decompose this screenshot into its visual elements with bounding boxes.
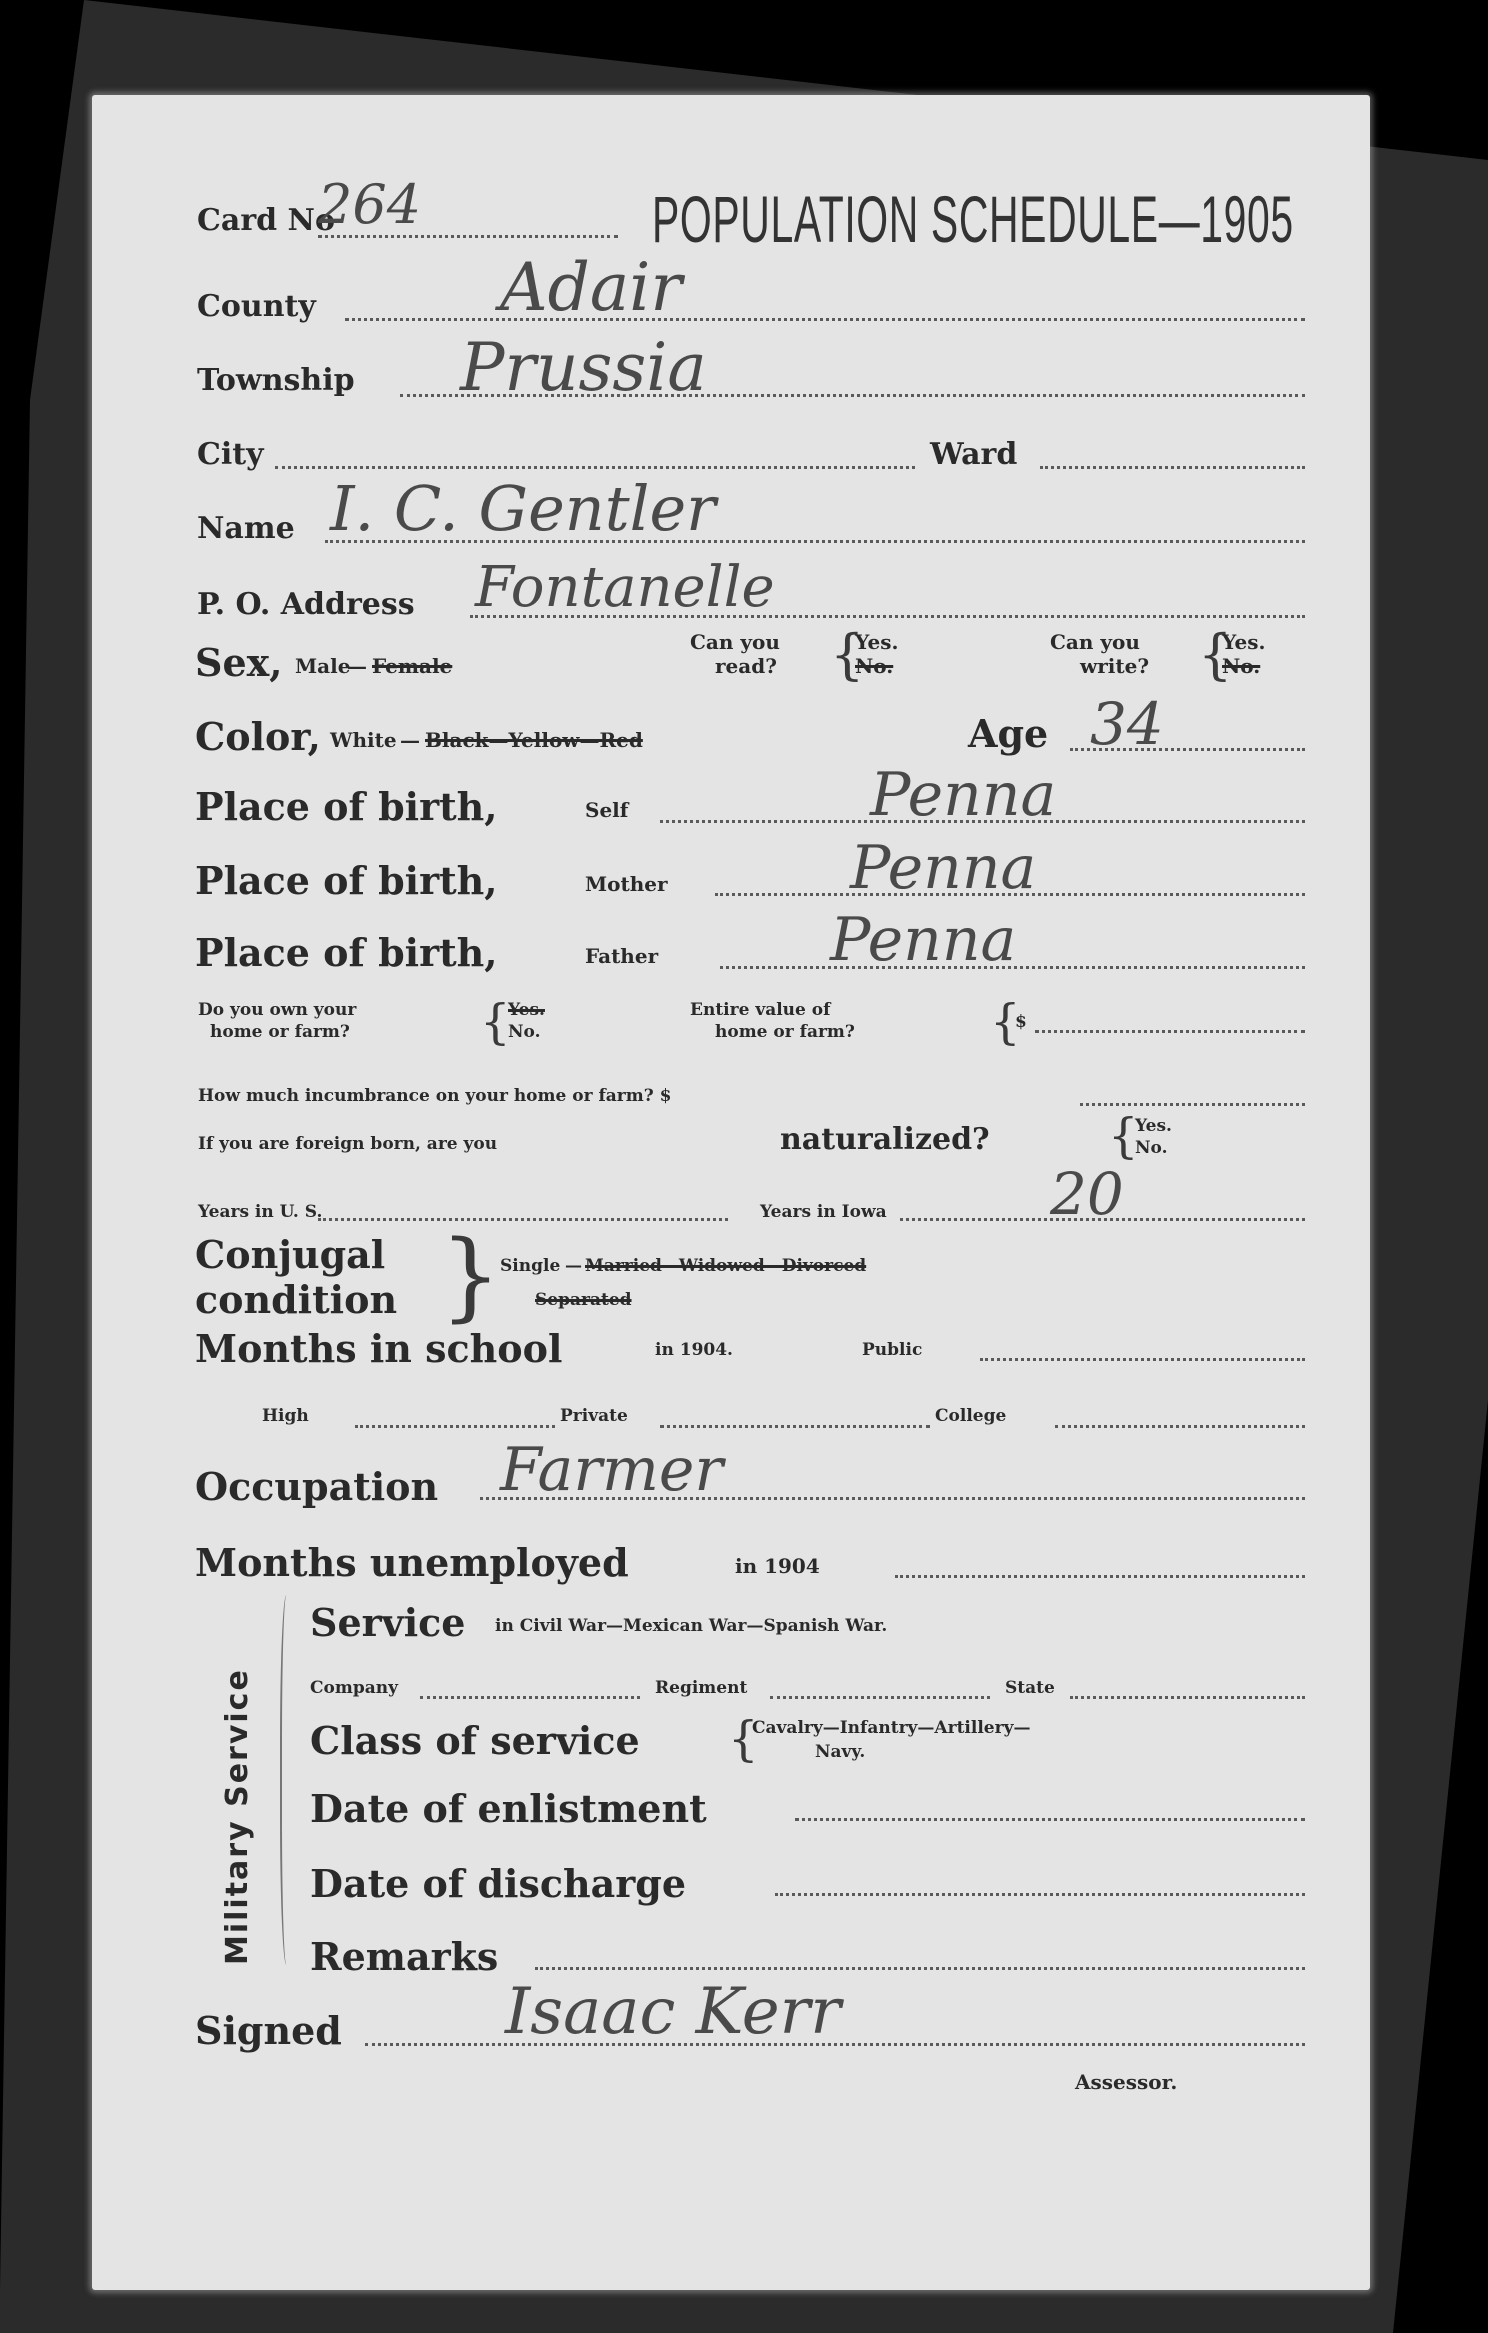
sex-option-male[interactable]: Male bbox=[295, 656, 350, 676]
unemployed-label: Months unemployed bbox=[195, 1544, 629, 1582]
class-options-1: Cavalry—Infantry—Artillery— bbox=[752, 1720, 1030, 1737]
county-line bbox=[345, 318, 1305, 321]
can-read-label-2: read? bbox=[715, 656, 777, 676]
can-read-label-1: Can you bbox=[690, 632, 780, 652]
home-value-label-1: Entire value of bbox=[690, 1002, 830, 1019]
birth-mother-label: Place of birth, bbox=[195, 862, 498, 900]
card-no-value: 264 bbox=[318, 178, 421, 232]
birth-mother-sublabel: Mother bbox=[585, 874, 668, 894]
page-title: POPULATION SCHEDULE—1905 bbox=[652, 186, 1294, 252]
home-value-line bbox=[1035, 1030, 1305, 1033]
unemployed-line bbox=[895, 1575, 1305, 1578]
state-label: State bbox=[1005, 1680, 1055, 1697]
own-home-label-1: Do you own your bbox=[198, 1002, 356, 1019]
home-value-currency: $ bbox=[1015, 1014, 1027, 1031]
unemployed-sublabel: in 1904 bbox=[735, 1556, 820, 1576]
discharge-line bbox=[775, 1893, 1305, 1896]
discharge-label: Date of discharge bbox=[310, 1865, 686, 1903]
conjugal-struck-options[interactable]: Married—Widowed—Divorced bbox=[585, 1258, 866, 1275]
school-private-line bbox=[660, 1425, 930, 1428]
years-iowa-value[interactable]: 20 bbox=[1050, 1165, 1124, 1223]
occupation-label: Occupation bbox=[195, 1468, 438, 1506]
occupation-value[interactable]: Farmer bbox=[500, 1440, 723, 1500]
class-of-service-label: Class of service bbox=[310, 1722, 640, 1760]
class-options-2: Navy. bbox=[815, 1744, 865, 1761]
po-address-value[interactable]: Fontanelle bbox=[475, 560, 775, 616]
name-value[interactable]: I. C. Gentler bbox=[330, 478, 716, 540]
birth-self-label: Place of birth, bbox=[195, 788, 498, 826]
sex-label: Sex, bbox=[195, 644, 283, 682]
city-label: City bbox=[197, 440, 264, 470]
remarks-label: Remarks bbox=[310, 1938, 498, 1976]
company-label: Company bbox=[310, 1680, 398, 1697]
age-value[interactable]: 34 bbox=[1090, 695, 1164, 753]
color-separator: — bbox=[400, 730, 420, 750]
city-line bbox=[275, 466, 915, 469]
naturalized-label: naturalized? bbox=[780, 1125, 990, 1155]
county-label: County bbox=[197, 292, 316, 322]
school-college-line bbox=[1055, 1425, 1305, 1428]
enlistment-line bbox=[795, 1818, 1305, 1821]
can-read-no[interactable]: No. bbox=[855, 656, 893, 676]
census-card bbox=[92, 95, 1370, 2290]
signature-value: Isaac Kerr bbox=[505, 1980, 841, 2044]
home-value-label-2: home or farm? bbox=[715, 1024, 855, 1041]
assessor-label: Assessor. bbox=[1075, 2072, 1177, 2092]
can-write-label-2: write? bbox=[1080, 656, 1149, 676]
school-college-label: College bbox=[935, 1408, 1006, 1425]
enlistment-label: Date of enlistment bbox=[310, 1790, 707, 1828]
own-home-no[interactable]: No. bbox=[508, 1024, 541, 1041]
township-value[interactable]: Prussia bbox=[460, 335, 707, 401]
birth-mother-value[interactable]: Penna bbox=[850, 838, 1036, 898]
own-home-label-2: home or farm? bbox=[210, 1024, 350, 1041]
birth-father-value[interactable]: Penna bbox=[830, 910, 1016, 970]
years-us-line bbox=[318, 1218, 728, 1221]
own-home-brace: { bbox=[480, 998, 511, 1046]
ward-line bbox=[1040, 466, 1305, 469]
sex-option-female[interactable]: Female bbox=[372, 656, 452, 676]
military-service-side-label: Military Service bbox=[220, 1668, 255, 1965]
military-brace bbox=[280, 1595, 296, 1965]
regiment-line bbox=[770, 1696, 990, 1699]
naturalized-prefix: If you are foreign born, are you bbox=[198, 1136, 497, 1153]
conjugal-separated[interactable]: Separated bbox=[535, 1292, 632, 1309]
remarks-line bbox=[535, 1967, 1305, 1970]
naturalized-no[interactable]: No. bbox=[1135, 1140, 1168, 1157]
name-label: Name bbox=[197, 514, 295, 544]
school-sublabel: in 1904. bbox=[655, 1342, 733, 1359]
birth-self-value[interactable]: Penna bbox=[870, 765, 1056, 825]
can-write-yes[interactable]: Yes. bbox=[1222, 632, 1266, 652]
color-label: Color, bbox=[195, 718, 321, 756]
sex-separator: — bbox=[347, 656, 367, 676]
naturalized-brace: { bbox=[1108, 1112, 1139, 1160]
incumbrance-line bbox=[1080, 1103, 1305, 1106]
conjugal-dash: — bbox=[565, 1258, 582, 1275]
county-value[interactable]: Adair bbox=[500, 255, 682, 321]
township-label: Township bbox=[197, 366, 355, 396]
can-write-no[interactable]: No. bbox=[1222, 656, 1260, 676]
incumbrance-label: How much incumbrance on your home or far… bbox=[198, 1088, 671, 1105]
conjugal-single[interactable]: Single bbox=[500, 1258, 560, 1275]
naturalized-yes[interactable]: Yes. bbox=[1135, 1118, 1172, 1135]
school-public-label: Public bbox=[862, 1342, 922, 1359]
card-no-line bbox=[318, 235, 618, 238]
own-home-yes[interactable]: Yes. bbox=[508, 1002, 545, 1019]
school-label: Months in school bbox=[195, 1330, 562, 1368]
school-private-label: Private bbox=[560, 1408, 628, 1425]
years-iowa-label: Years in Iowa bbox=[760, 1204, 887, 1221]
can-read-yes[interactable]: Yes. bbox=[855, 632, 899, 652]
age-label: Age bbox=[968, 715, 1048, 753]
regiment-label: Regiment bbox=[655, 1680, 747, 1697]
birth-father-sublabel: Father bbox=[585, 946, 658, 966]
color-option-white[interactable]: White bbox=[330, 730, 397, 750]
company-line bbox=[420, 1696, 640, 1699]
conjugal-label-2: condition bbox=[195, 1281, 397, 1319]
service-options: in Civil War—Mexican War—Spanish War. bbox=[495, 1618, 887, 1635]
birth-father-label: Place of birth, bbox=[195, 934, 498, 972]
signed-label: Signed bbox=[195, 2012, 342, 2050]
conjugal-brace: } bbox=[440, 1228, 501, 1324]
card-no-label: Card No bbox=[197, 206, 335, 236]
po-address-label: P. O. Address bbox=[197, 590, 415, 620]
state-line bbox=[1070, 1696, 1305, 1699]
service-label: Service bbox=[310, 1604, 465, 1642]
years-us-label: Years in U. S. bbox=[198, 1204, 322, 1221]
ward-label: Ward bbox=[930, 440, 1017, 470]
school-high-label: High bbox=[262, 1408, 309, 1425]
school-public-line bbox=[980, 1358, 1305, 1361]
can-write-label-1: Can you bbox=[1050, 632, 1140, 652]
color-struck-options[interactable]: Black—Yellow—Red bbox=[425, 730, 643, 750]
birth-self-sublabel: Self bbox=[585, 800, 628, 820]
school-high-line bbox=[355, 1425, 555, 1428]
conjugal-label-1: Conjugal bbox=[195, 1236, 385, 1274]
